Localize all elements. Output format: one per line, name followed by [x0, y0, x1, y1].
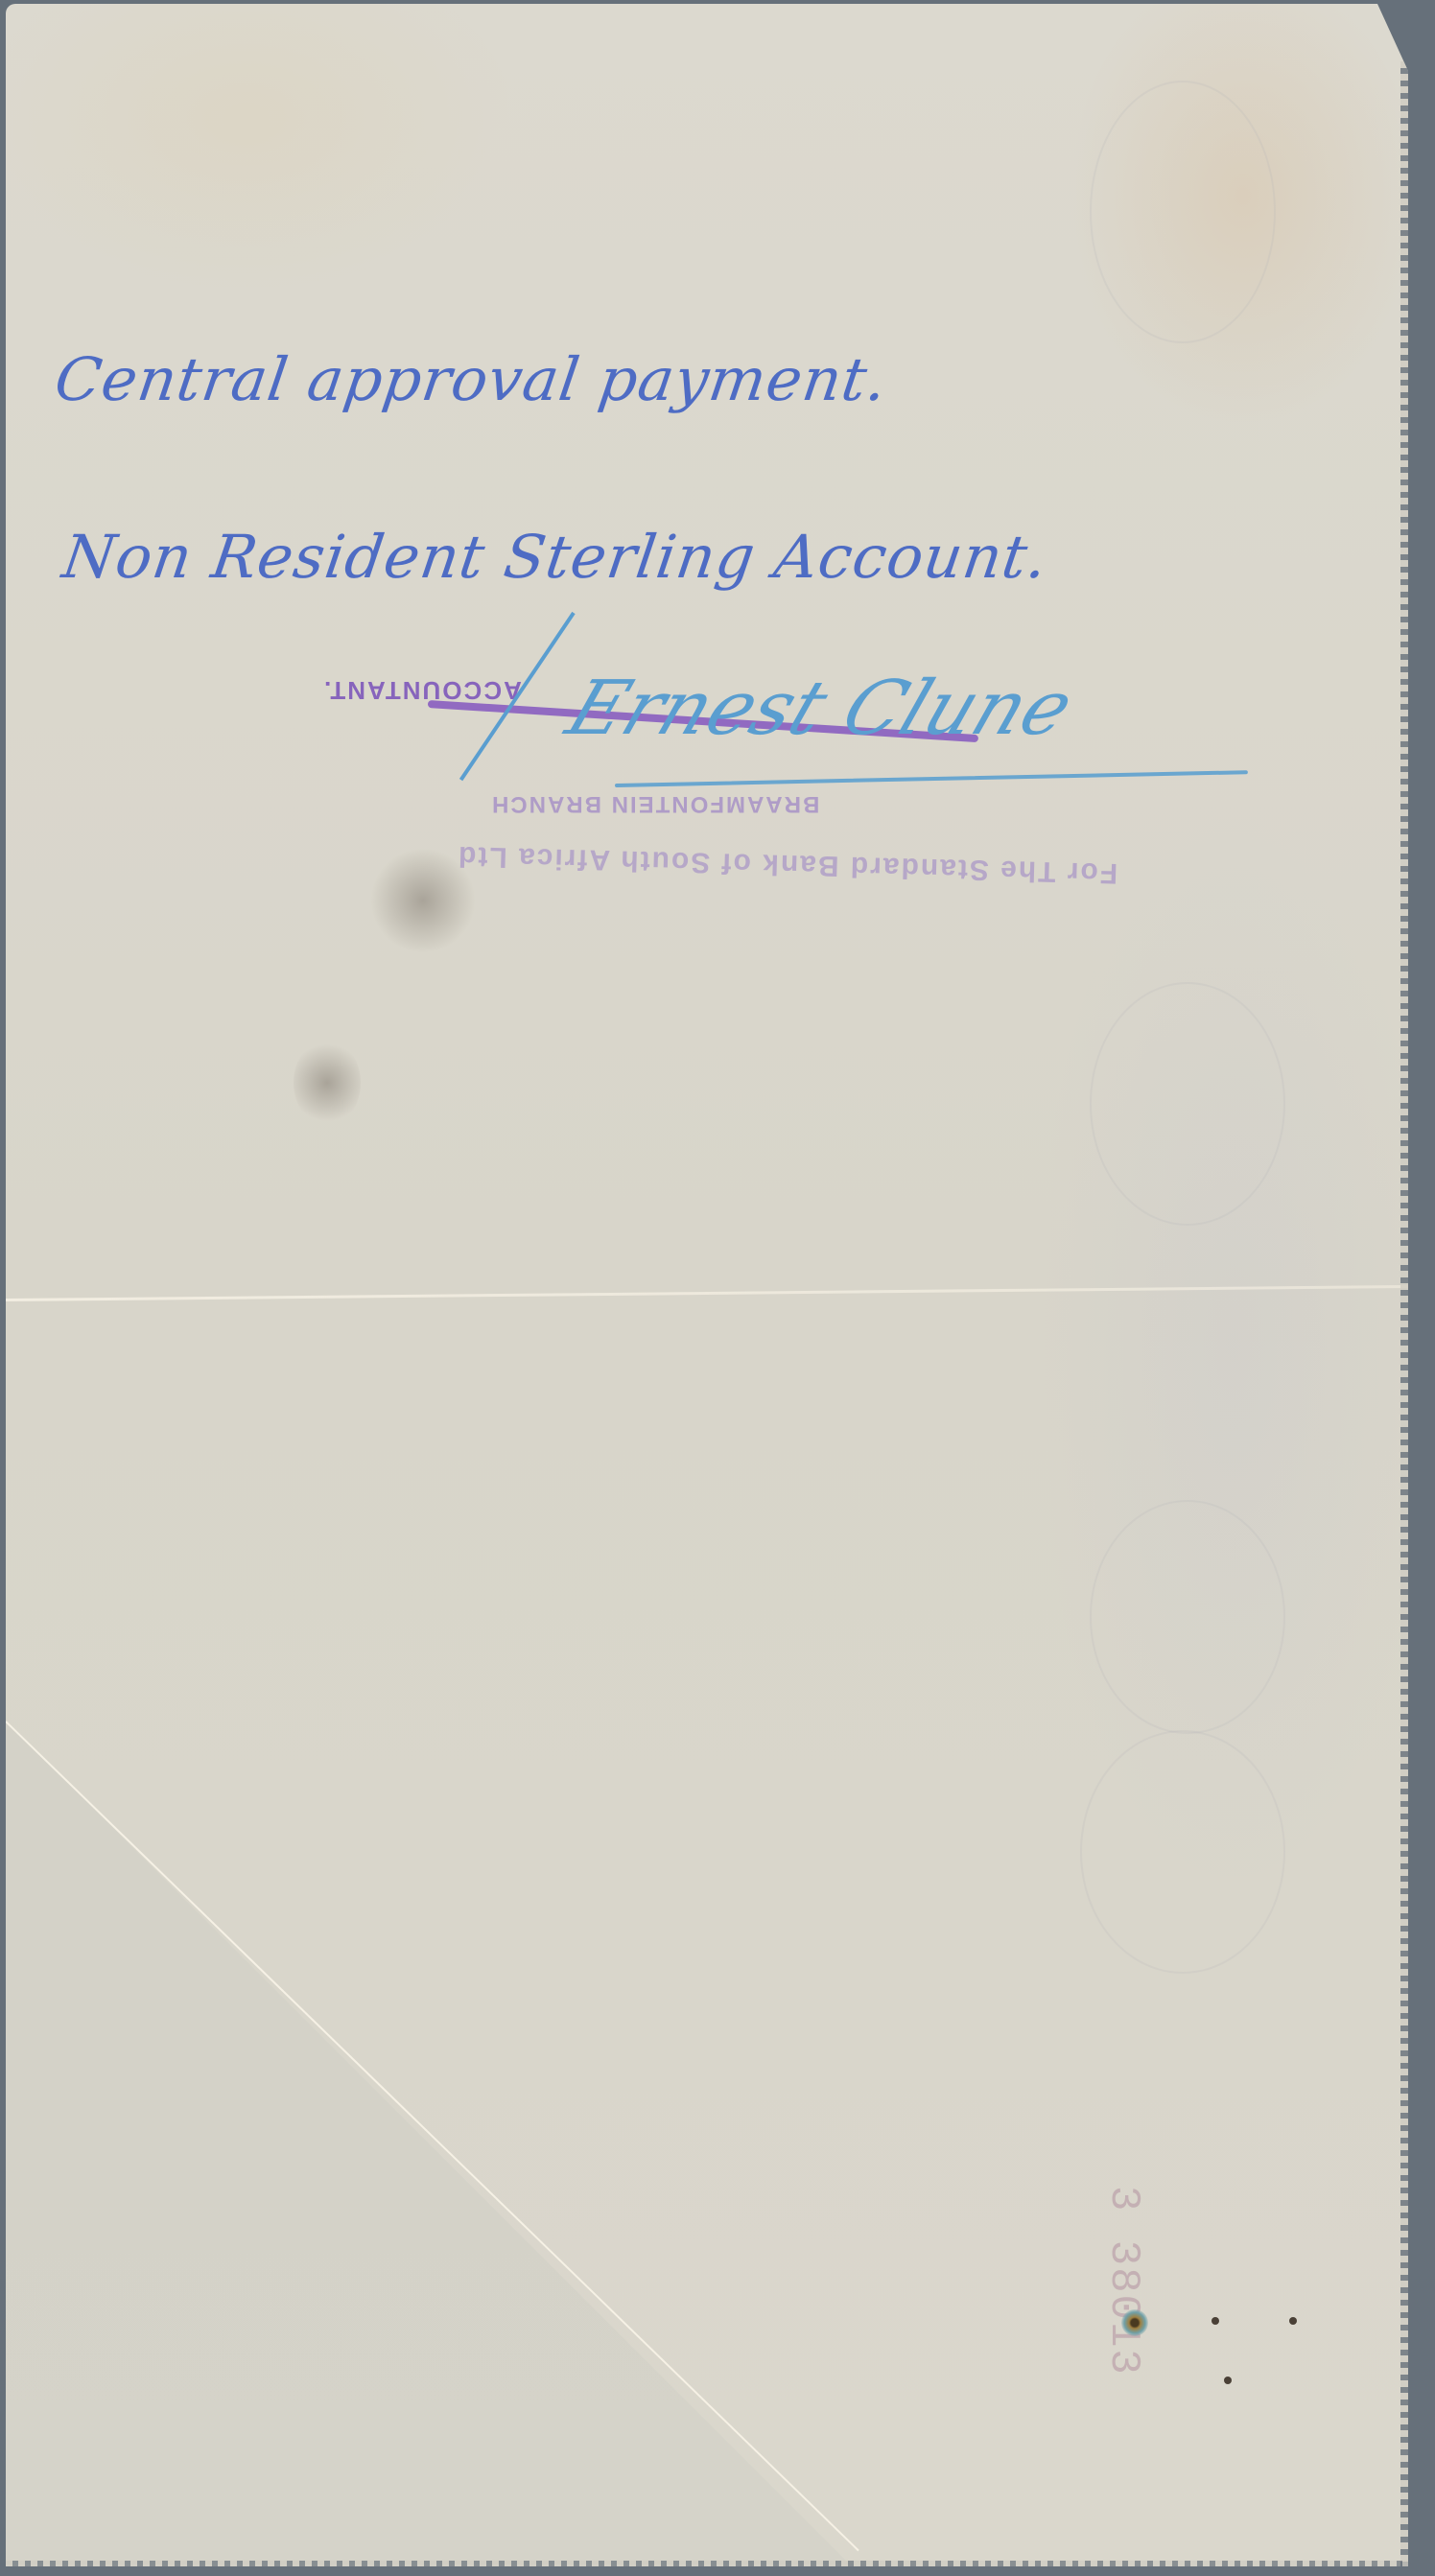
watermark-oval: [1090, 1500, 1285, 1734]
rust-spot: [1121, 2309, 1148, 2336]
bank-stamp: For The Standard Bank of South Africa Lt…: [457, 839, 1118, 889]
signature-underline: [615, 770, 1248, 787]
watermark-oval: [1090, 81, 1276, 343]
pin-hole: [1212, 2317, 1219, 2325]
cheque-paper: Central approval payment. Non Resident S…: [6, 4, 1408, 2566]
watermark-oval: [1080, 1730, 1285, 1974]
signature: Ernest Clune: [556, 666, 1085, 752]
pin-hole: [1289, 2317, 1297, 2325]
pin-hole: [1224, 2377, 1232, 2384]
accountant-stamp: ACCOUNTANT.: [322, 675, 522, 705]
handwritten-note-line2: Non Resident Sterling Account.: [59, 522, 1052, 592]
handwritten-note-line1: Central approval payment.: [51, 344, 892, 414]
watermark-oval: [1090, 982, 1285, 1226]
horizontal-fold-crease: [6, 1285, 1408, 1301]
serial-number: 3 38013: [1099, 2186, 1147, 2377]
ink-smudge: [370, 848, 476, 953]
ink-smudge: [294, 1040, 361, 1126]
perforated-right-edge: [1400, 61, 1408, 2566]
perforated-bottom-edge: [6, 2561, 1408, 2566]
branch-stamp: BRAAMFONTEIN BRANCH: [490, 790, 819, 817]
